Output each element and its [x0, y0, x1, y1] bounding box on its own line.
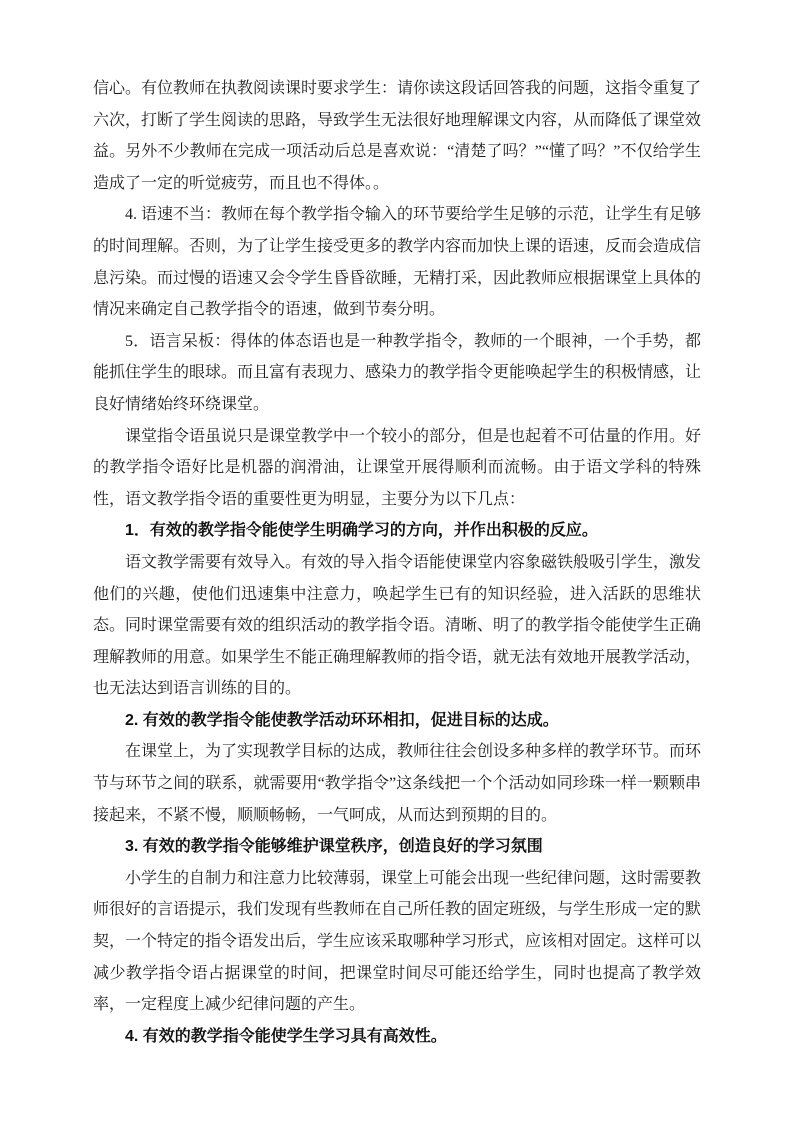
- paragraph-instruction-importance-intro: 课堂指令语虽说只是课堂教学中一个较小的部分，但是也起着不可估量的作用。好的教学指…: [93, 421, 701, 516]
- heading-point-3: 3. 有效的教学指令能够维护课堂秩序，创造良好的学习氛围: [93, 831, 701, 863]
- document-page: 信心。有位教师在执教阅读课时要求学生：请你读这段话回答我的问题，这指令重复了六次…: [0, 0, 793, 1122]
- paragraph-point-3-body: 小学生的自制力和注意力比较薄弱，课堂上可能会出现一些纪律问题，这时需要教师很好的…: [93, 863, 701, 1021]
- paragraph-5-rigid-language: 5．语言呆板：得体的体态语也是一种教学指令，教师的一个眼神，一个手势，都能抓住学…: [93, 326, 701, 421]
- paragraph-point-2-body: 在课堂上，为了实现教学目标的达成，教师往往会创设多种多样的教学环节。而环节与环节…: [93, 736, 701, 831]
- paragraph-point-1-body: 语文教学需要有效导入。有效的导入指令语能使课堂内容象磁铁般吸引学生，激发他们的兴…: [93, 547, 701, 705]
- heading-point-2: 2. 有效的教学指令能使教学活动环环相扣，促进目标的达成。: [93, 705, 701, 737]
- paragraph-confidence-continuation: 信心。有位教师在执教阅读课时要求学生：请你读这段话回答我的问题，这指令重复了六次…: [93, 73, 701, 199]
- heading-point-4: 4. 有效的教学指令能使学生学习具有高效性。: [93, 1021, 701, 1053]
- paragraph-4-speech-speed: 4. 语速不当：教师在每个教学指令输入的环节要给学生足够的示范，让学生有足够的时…: [93, 199, 701, 325]
- heading-point-1: 1．有效的教学指令能使学生明确学习的方向，并作出积极的反应。: [93, 515, 701, 547]
